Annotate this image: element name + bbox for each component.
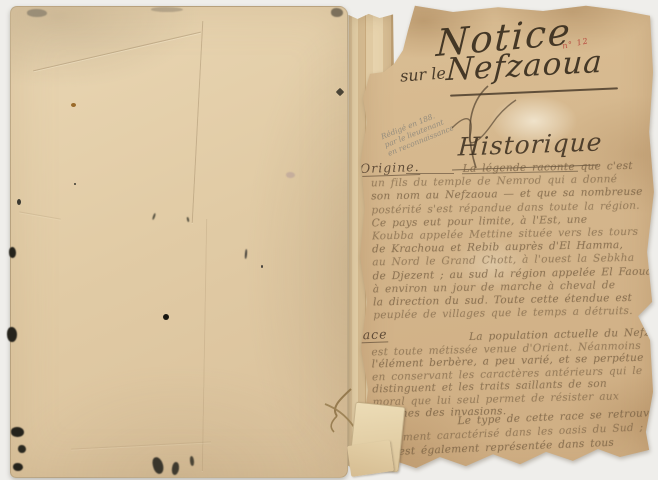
ink-tick <box>187 217 190 222</box>
paragraph-origine: La légende raconte que c'estun fils du t… <box>371 160 652 323</box>
edge-blot <box>11 427 24 437</box>
edge-blot <box>13 463 23 471</box>
section-heading-historique: Historique <box>457 127 603 161</box>
ink-dot-large <box>163 314 169 320</box>
bottom-smudge <box>190 456 195 466</box>
crease-diagonal <box>33 32 201 72</box>
crease-bottom <box>71 441 211 449</box>
rust-stain <box>71 103 76 107</box>
corner-mark <box>331 8 343 17</box>
bottom-smudge <box>151 456 165 475</box>
ink-dot <box>261 265 263 268</box>
crease-vertical <box>192 21 204 223</box>
edge-blot <box>9 247 16 258</box>
top-smudge <box>151 7 183 12</box>
title-word-nefzaoua: Nefzaoua <box>445 44 604 88</box>
folded-paper-tab-small <box>347 440 394 477</box>
crease-vertical-lower <box>202 219 207 471</box>
edge-mark <box>17 199 21 205</box>
title-word-sur-le: sur le <box>399 63 446 85</box>
diamond-spot <box>336 88 344 96</box>
bottom-smudge <box>171 461 180 475</box>
ink-stroke <box>245 249 248 259</box>
crease-small <box>19 211 61 219</box>
ink-tick <box>152 213 156 220</box>
edge-blot <box>7 327 17 342</box>
corner-smudge <box>27 9 47 17</box>
scanned-document: Notice n° 12 sur le Nefzaoua Rédigé en 1… <box>0 0 658 480</box>
blank-cover-page <box>10 6 348 478</box>
paragraph-race: La population actuelle du Nefzaouaest to… <box>371 327 651 421</box>
edge-blot <box>18 445 26 453</box>
violet-smudge <box>286 172 295 178</box>
ink-dot <box>74 183 76 185</box>
